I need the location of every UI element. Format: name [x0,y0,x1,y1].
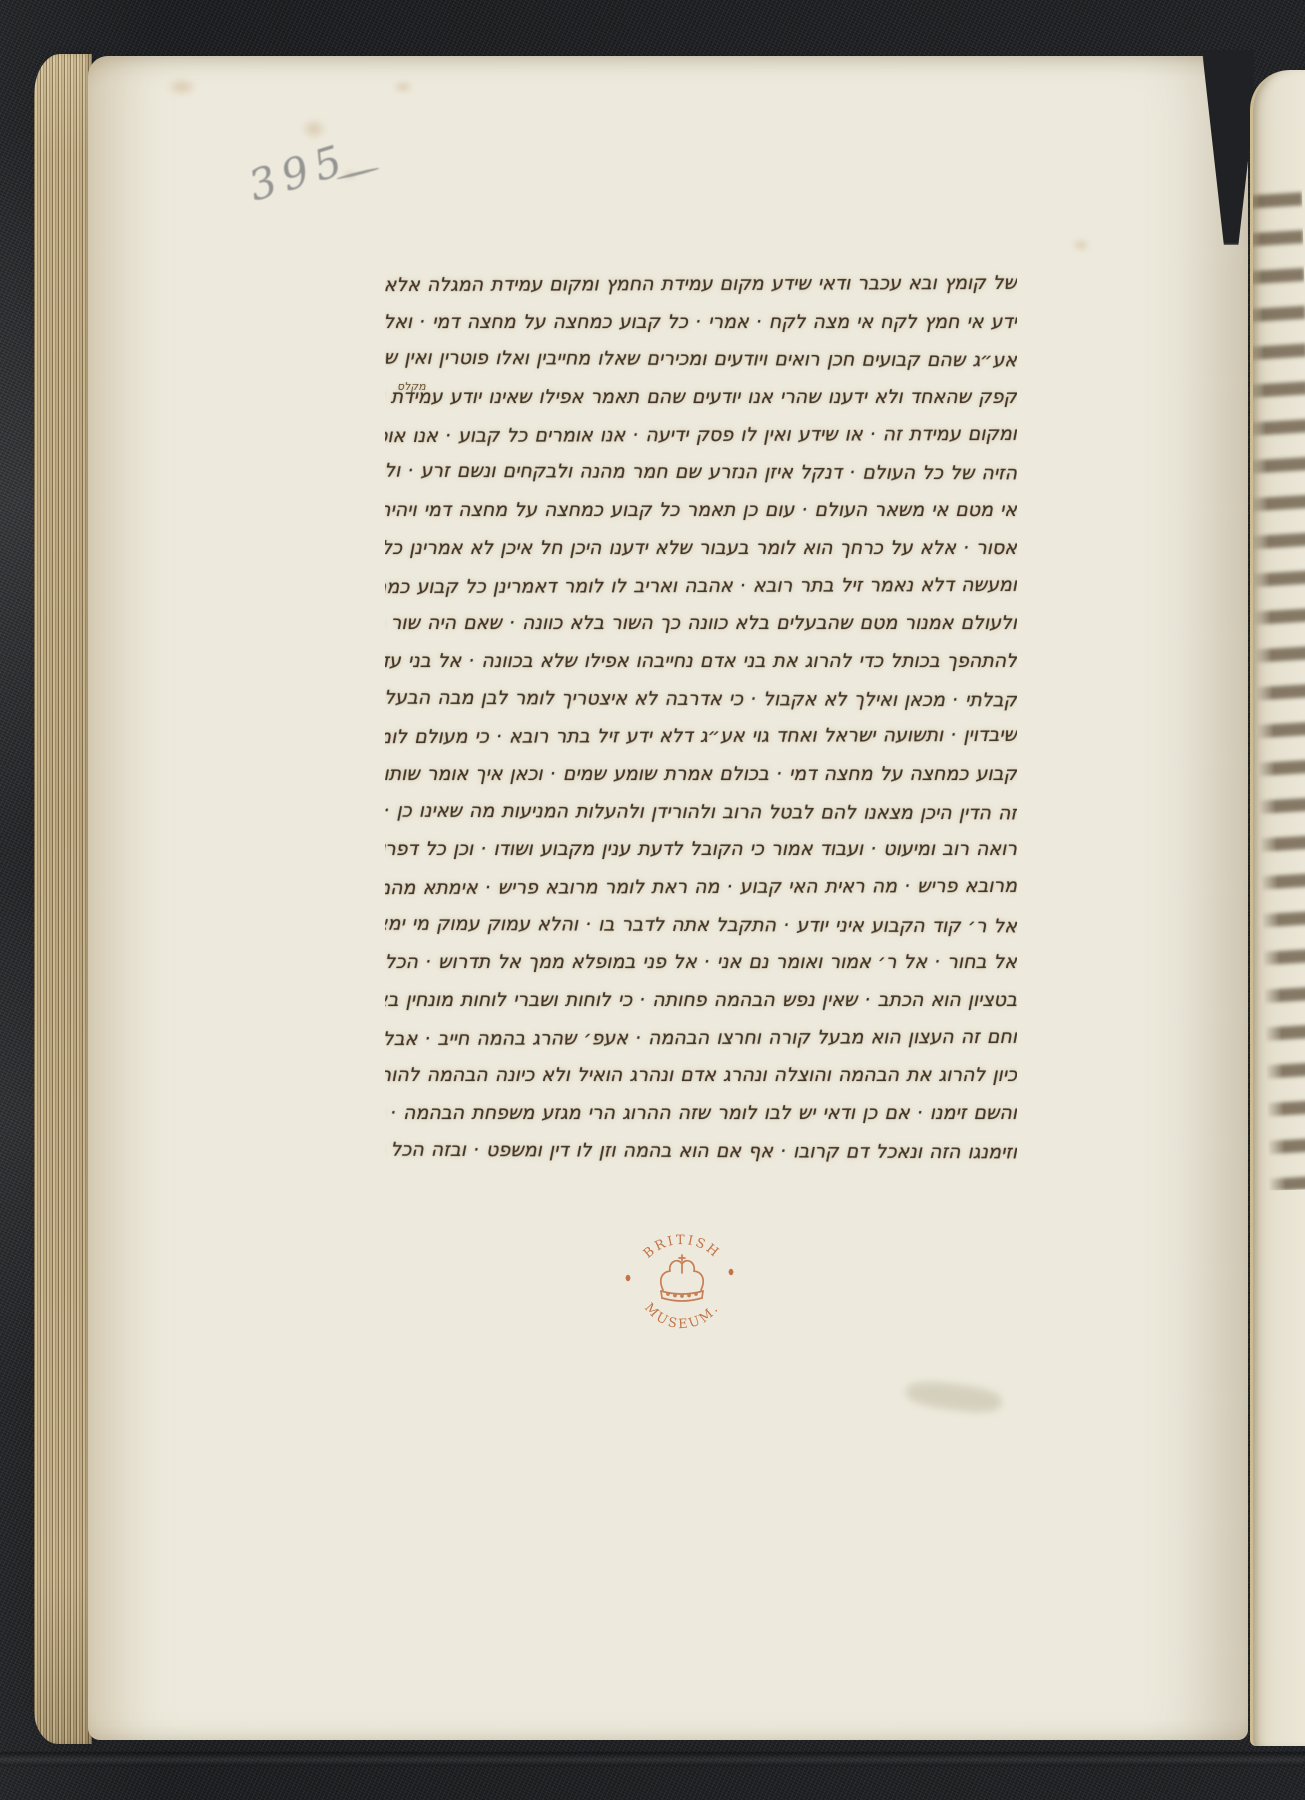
facing-page-sliver [1250,70,1305,1746]
manuscript-line: קפק שהאחד ולא ידענו שהרי אנו יודעים שהם … [385,379,1017,417]
crown-icon [661,1255,703,1301]
manuscript-line: ידע אי חמץ לקח אי מצה לקח · אמרי · כל קב… [385,304,1017,342]
manuscript-line: ולעולם אמנור מטם שהבעלים בלא כוונה כך הש… [385,605,1017,643]
folio-number: 395 [243,134,354,210]
manuscript-line: כיון להרוג את הבהמה והוצלה ונהרג אדם ונה… [385,1057,1017,1095]
manuscript-line: של קומץ ובא עכבר ודאי שידע מקום עמידת הח… [385,265,1017,305]
manuscript-line: והשם זימנו · אם כן ודאי יש לבו לומר שזה … [385,1095,1017,1133]
manuscript-line: אסור · אלא על כרחך הוא לומר בעבור שלא יד… [385,530,1017,568]
foxing-spot [1068,236,1094,254]
binding-board-seam [0,1752,1305,1766]
manuscript-line: וחם זה העצון הוא מבעל קורה וחרצו הבהמה ·… [385,1019,1017,1059]
manuscript-line: ומקום עמידת זה · או שידע ואין לו פסק ידי… [385,416,1017,456]
manuscript-line: אל בחור · אל ר׳ אמור ואומר נם אני · אל פ… [385,944,1017,982]
manuscript-line: אע״ג שהם קבועים חכן רואים ויודעים ומכירי… [385,340,1017,380]
stamp-side-dot [626,1275,631,1281]
manuscript-line: קבלתי · מכאן ואילך לא אקבול · כי אדרבה ל… [385,679,1017,719]
manuscript-line: וזימנגו הזה ונאכל דם קרובו · אף אם הוא ב… [385,1131,1017,1171]
manuscript-line: אי מטם אי משאר העולם · עום כן תאמר כל קב… [385,492,1017,530]
british-museum-stamp: BRITISH MUSEUM. [622,1228,742,1348]
manuscript-line: קבוע כמחצה על מחצה דמי · בכולם אמרת שומע… [385,756,1017,794]
manuscript-line: זה הדין היכן מצאנו להם לבטל הרוב ולהוריד… [385,792,1017,832]
manuscript-photo: 395 של קומץ ובא עכבר ודאי שידע מקום עמיד… [0,0,1305,1800]
manuscript-line: מרובא פריש · מה ראית האי קבוע · מה ראת ל… [385,868,1017,908]
manuscript-text-block: של קומץ ובא עכבר ודאי שידע מקום עמידת הח… [385,266,1017,1171]
facing-page-blurred-text [1250,181,1305,1190]
manuscript-line: להתהפך בכותל כדי להרוג את בני אדם נחייבה… [385,643,1017,681]
manuscript-line: ומעשה דלא נאמר זיל בתר רובא · אהבה ואריב… [385,566,1017,606]
stamp-bottom-text: MUSEUM. [641,1300,722,1332]
manuscript-line: הזיה של כל העולם · דנקל איזן הנזרע שם חמ… [385,453,1017,493]
interlinear-correction-note: מקלס [397,380,426,393]
manuscript-line: שיבדוין · ותשועה ישראל ואחד גוי אע״ג דלא… [385,717,1017,757]
manuscript-line: רואה רוב ומיעוט · ועבוד אמור כי הקובל לד… [385,831,1017,869]
foxing-spot [388,78,418,96]
manuscript-page: 395 של קומץ ובא עכבר ודאי שידע מקום עמיד… [88,56,1248,1740]
page-edges-stack [34,54,92,1744]
manuscript-line: אל ר׳ קוד הקבוע איני יודע · התקבל אתה לד… [385,905,1017,945]
stamp-side-dot [729,1269,734,1275]
ink-offset-smudge [905,1378,1003,1416]
manuscript-line: בטציון הוא הכתב · שאין נפש הבהמה פחותה ·… [385,982,1017,1020]
foxing-spot [160,74,204,100]
